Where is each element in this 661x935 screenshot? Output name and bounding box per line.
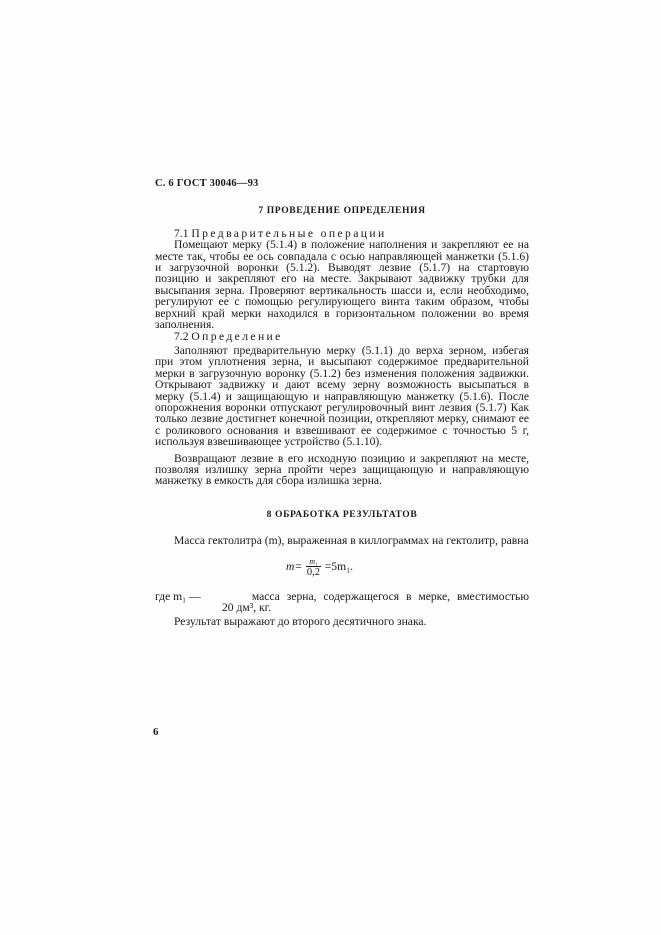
subsection-7-2-title: Определение [191, 330, 282, 343]
where-continuation: 20 дм³, кг. [155, 602, 529, 613]
section-8-title: 8 ОБРАБОТКА РЕЗУЛЬТАТОВ [155, 509, 529, 520]
formula-numerator: m₁ [306, 557, 321, 567]
subsection-7-2-number: 7.2 [174, 330, 189, 343]
formula: m= m₁ 0,2 =5m₁. [286, 557, 353, 578]
running-head: С. 6 ГОСТ 30046—93 [155, 178, 529, 189]
where-label: где m₁ — [155, 591, 201, 602]
formula-lhs: m= [286, 561, 302, 572]
formula-fraction: m₁ 0,2 [306, 557, 321, 578]
formula-rhs: =5m₁. [325, 561, 353, 572]
formula-denominator: 0,2 [307, 567, 320, 578]
document-page: С. 6 ГОСТ 30046—93 7 ПРОВЕДЕНИЕ ОПРЕДЕЛЕ… [155, 178, 529, 628]
where-clause: где m₁ — масса зерна, содержащегося в ме… [155, 591, 529, 602]
page-number: 6 [153, 726, 159, 738]
section-7-title: 7 ПРОВЕДЕНИЕ ОПРЕДЕЛЕНИЯ [155, 205, 529, 216]
where-text: масса зерна, содержащегося в мерке, вмес… [252, 591, 529, 602]
paragraph-7-2-b: Возвращают лезвие в его исходную позицию… [155, 453, 529, 487]
subsection-7-2-heading: 7.2 Определение [155, 331, 529, 342]
formula-block: m= m₁ 0,2 =5m₁. [155, 555, 529, 585]
paragraph-8-intro: Масса гектолитра (m), выраженная в килло… [155, 535, 529, 546]
paragraph-7-1: Помещают мерку (5.1.4) в положение напол… [155, 239, 529, 330]
paragraph-7-2-a: Заполняют предварительную мерку (5.1.1) … [155, 345, 529, 448]
paragraph-8-result: Результат выражают до второго десятичног… [155, 616, 529, 627]
